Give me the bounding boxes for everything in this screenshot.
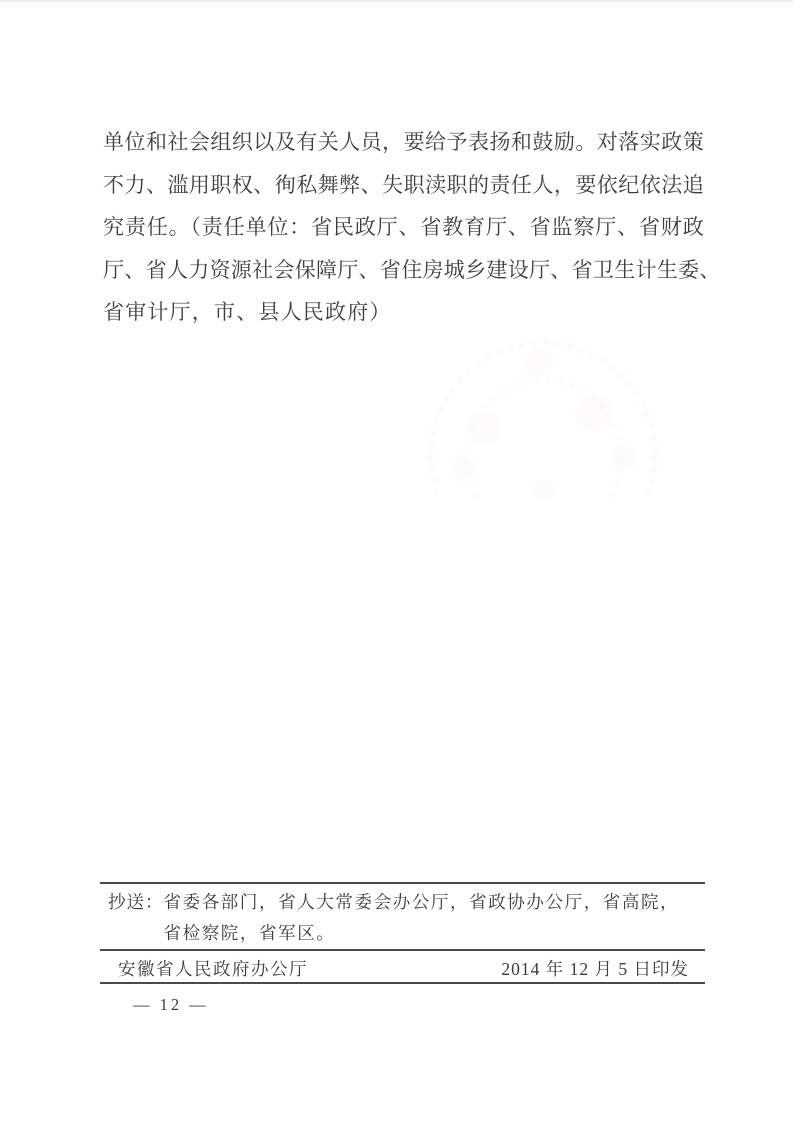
footer-bottom-rule (100, 982, 705, 984)
scan-edge-artifact (0, 0, 793, 2)
cc-line: 省委各部门，省人大常委会办公厅，省政协办公厅，省高院， (164, 892, 680, 912)
footer-middle-rule (100, 949, 705, 951)
seal-watermark-icon (424, 318, 666, 500)
body-line: 究责任。（责任单位：省民政厅、省教育厅、省监察厅、省财政 (103, 206, 704, 249)
cc-list: 省委各部门，省人大常委会办公厅，省政协办公厅，省高院， 省检察院，省军区。 (164, 887, 701, 949)
body-line: 不力、滥用职权、徇私舞弊、失职渎职的责任人，要依纪依法追 (103, 164, 704, 207)
body-paragraph: 单位和社会组织以及有关人员，要给予表扬和鼓励。对落实政策 不力、滥用职权、徇私舞… (103, 121, 704, 334)
page-number: — 12 — (133, 995, 209, 1015)
cc-label: 抄送： (108, 887, 164, 918)
cc-block: 抄送： 省委各部门，省人大常委会办公厅，省政协办公厅，省高院， 省检察院，省军区… (108, 887, 700, 949)
issuer-row: 安徽省人民政府办公厅 2014 年 12 月 5 日印发 (100, 954, 705, 982)
print-date: 2014 年 12 月 5 日印发 (501, 956, 689, 981)
body-line: 省审计厅，市、县人民政府） (103, 291, 704, 334)
body-line: 单位和社会组织以及有关人员，要给予表扬和鼓励。对落实政策 (103, 121, 704, 164)
issuing-office: 安徽省人民政府办公厅 (118, 956, 308, 981)
body-line: 厅、省人力资源社会保障厅、省住房城乡建设厅、省卫生计生委、 (103, 249, 704, 292)
footer-top-rule (100, 882, 705, 884)
document-page: 单位和社会组织以及有关人员，要给予表扬和鼓励。对落实政策 不力、滥用职权、徇私舞… (0, 0, 793, 1122)
cc-line: 省检察院，省军区。 (164, 923, 336, 943)
